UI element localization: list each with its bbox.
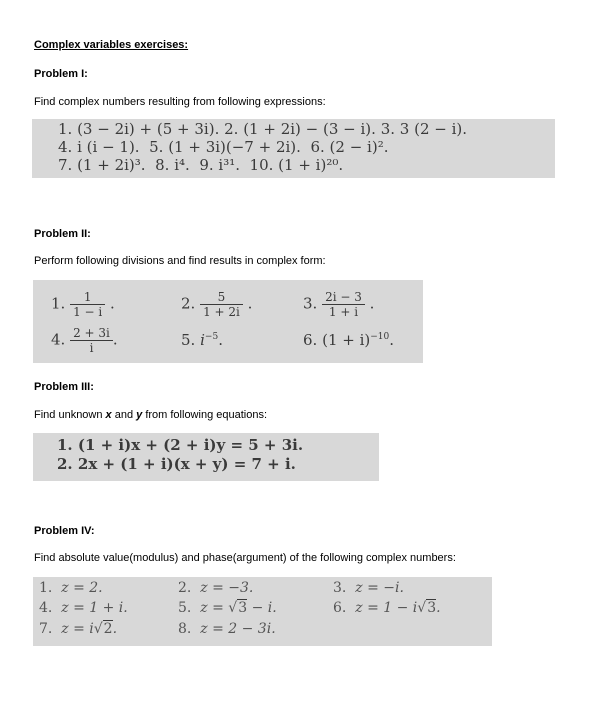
problem-1-item-3: 3. 3 (2 − i). [381, 120, 467, 138]
problem-1-instruction: Find complex numbers resulting from foll… [34, 95, 326, 109]
problem-1-line-2: 4. i (i − 1). 5. (1 + 3i)(−7 + 2i). 6. (… [58, 139, 388, 156]
problem-1-item-5: 5. (1 + 3i)(−7 + 2i). [149, 138, 301, 156]
problem-3-heading: Problem III: [34, 380, 94, 394]
document-title: Complex variables exercises: [34, 38, 188, 52]
problem-1-item-10: 10. (1 + i)²⁰. [250, 156, 344, 174]
problem-2-instruction: Perform following divisions and find res… [34, 254, 326, 268]
problem-1-item-2: 2. (1 + 2i) − (3 − i). [224, 120, 376, 138]
problem-1-item-9: 9. i³¹. [199, 156, 240, 174]
problem-1-line-1: 1. (3 − 2i) + (5 + 3i). 2. (1 + 2i) − (3… [58, 121, 467, 138]
fraction: 2 + 3ii [70, 326, 113, 355]
problem-4-item-2: 2. z = −3. [178, 580, 253, 597]
problem-4-item-7: 7. z = i√2. [39, 621, 117, 638]
problem-4-item-5: 5. z = √3 − i. [178, 600, 277, 617]
problem-3-scanned-image: 1. (1 + i)x + (2 + i)y = 5 + 3i. 2. 2x +… [33, 433, 379, 481]
problem-4-item-3: 3. z = −i. [333, 580, 404, 597]
problem-2-scanned-image: 1. 11 − i . 2. 51 + 2i . 3. 2i − 31 + i … [33, 280, 423, 363]
problem-2-item-5: 5. i−5. [181, 332, 223, 349]
problem-2-item-1: 1. 11 − i . [51, 290, 115, 319]
sqrt-icon: √ [228, 600, 237, 616]
problem-4-item-4: 4. z = 1 + i. [39, 600, 128, 617]
sqrt-icon: √ [94, 621, 103, 637]
problem-2-item-6: 6. (1 + i)−10. [303, 332, 394, 349]
problem-1-item-6: 6. (2 − i)². [310, 138, 388, 156]
fraction: 51 + 2i [200, 290, 243, 319]
problem-1-item-7: 7. (1 + 2i)³. [58, 156, 146, 174]
fraction: 11 − i [70, 290, 105, 319]
problem-1-scanned-image: 1. (3 − 2i) + (5 + 3i). 2. (1 + 2i) − (3… [32, 119, 555, 178]
problem-4-heading: Problem IV: [34, 524, 95, 538]
problem-4-item-1: 1. z = 2. [39, 580, 103, 597]
problem-2-item-2: 2. 51 + 2i . [181, 290, 252, 319]
problem-4-item-6: 6. z = 1 − i√3. [333, 600, 441, 617]
problem-1-heading: Problem I: [34, 67, 88, 81]
fraction: 2i − 31 + i [322, 290, 365, 319]
problem-1-item-1: 1. (3 − 2i) + (5 + 3i). [58, 120, 219, 138]
problem-1-item-8: 8. i⁴. [155, 156, 190, 174]
problem-4-instruction: Find absolute value(modulus) and phase(a… [34, 551, 456, 565]
problem-1-line-3: 7. (1 + 2i)³. 8. i⁴. 9. i³¹. 10. (1 + i)… [58, 157, 343, 174]
problem-3-instruction: Find unknown x and y from following equa… [34, 408, 267, 422]
problem-4-scanned-image: 1. z = 2. 2. z = −3. 3. z = −i. 4. z = 1… [33, 577, 492, 646]
problem-2-item-3: 3. 2i − 31 + i . [303, 290, 374, 319]
problem-2-heading: Problem II: [34, 227, 91, 241]
problem-1-item-4: 4. i (i − 1). [58, 138, 140, 156]
problem-4-item-8: 8. z = 2 − 3i. [178, 621, 276, 638]
sqrt-icon: √ [417, 600, 426, 616]
problem-2-item-4: 4. 2 + 3ii. [51, 326, 118, 355]
problem-3-item-1: 1. (1 + i)x + (2 + i)y = 5 + 3i. [57, 437, 303, 454]
problem-3-item-2: 2. 2x + (1 + i)(x + y) = 7 + i. [57, 456, 296, 473]
